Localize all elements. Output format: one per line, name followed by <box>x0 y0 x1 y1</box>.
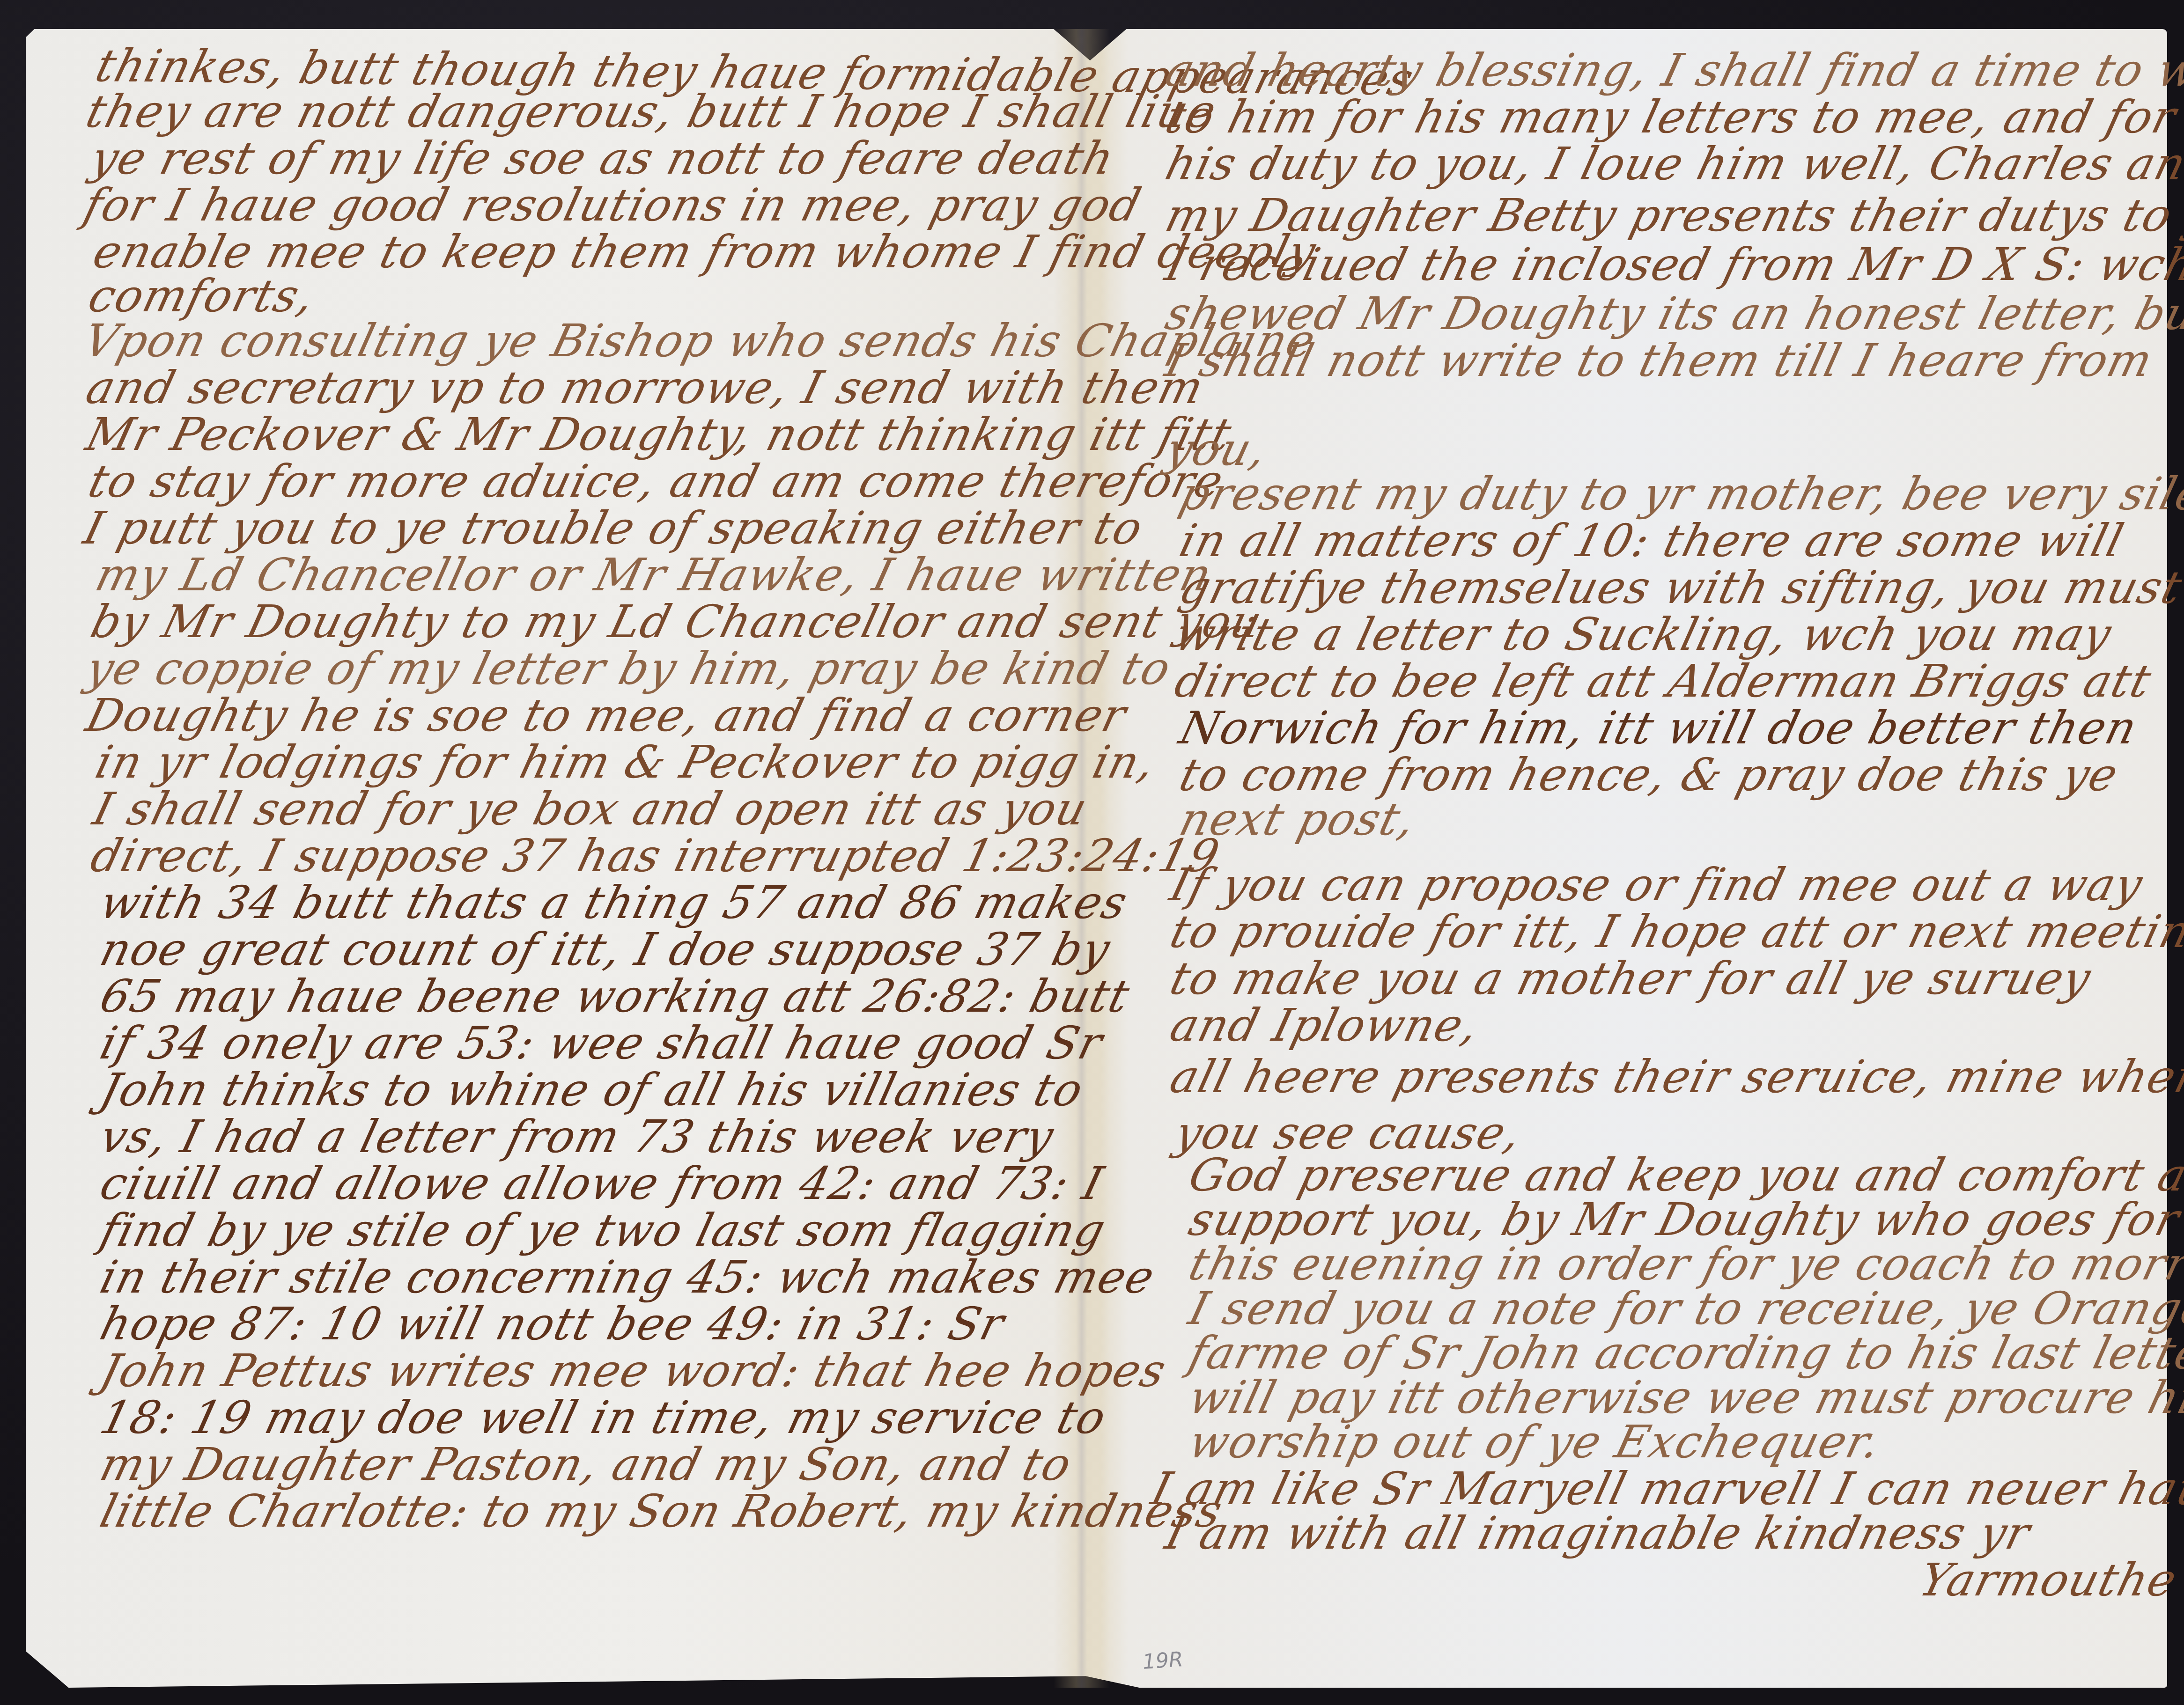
left-line-15: Doughty he is soe to mee, and find a cor… <box>82 693 1131 738</box>
left-line-9: Mr Peckover & Mr Doughty, nott thinking … <box>82 412 1236 457</box>
left-line-14: ye coppie of my letter by him, pray be k… <box>82 646 1175 691</box>
left-line-12: my Ld Chancellor or Mr Hawke, I haue wri… <box>91 552 1217 597</box>
right-line-17: If you can propose or find mee out a way <box>1166 862 2147 907</box>
left-line-3: ye rest of my life soe as nott to feare … <box>87 136 1119 181</box>
left-line-11: I putt you to ye trouble of speaking eit… <box>80 506 1148 551</box>
right-line-3: his duty to you, I loue him well, Charle… <box>1161 141 2184 186</box>
right-line-1: and hearty blessing, I shall find a time… <box>1161 48 2184 93</box>
right-line-7: I shall nott write to them till I heare … <box>1161 338 2157 383</box>
right-line-9: present my duty to yr mother, bee very s… <box>1175 471 2184 516</box>
right-line-27: farme of Sr John according to his last l… <box>1185 1330 2184 1375</box>
left-line-26: find by ye stile of ye two last som flag… <box>96 1208 1110 1253</box>
left-line-6: comforts, <box>84 273 319 318</box>
right-line-16: next post, <box>1175 797 1420 842</box>
left-line-18: direct, I suppose 37 has interrupted 1:2… <box>87 833 1224 878</box>
right-line-25: this euening in order for ye coach to mo… <box>1185 1242 2184 1286</box>
left-line-10: to stay for more aduice, and am come the… <box>84 459 1228 504</box>
right-line-10: in all matters of 10: there are some wil… <box>1175 518 2128 563</box>
right-line-18: to prouide for itt, I hope att or next m… <box>1166 909 2184 954</box>
left-line-23: John thinks to whine of all his villanie… <box>96 1067 1088 1112</box>
left-line-22: if 34 onely are 53: wee shall haue good … <box>96 1021 1107 1066</box>
right-line-12: write a letter to Suckling, wch you may <box>1171 612 2117 657</box>
left-line-13: by Mr Doughty to my Ld Chancellor and se… <box>87 599 1267 644</box>
left-line-2: they are nott dangerous, butt I hope I s… <box>82 89 1221 134</box>
left-line-16: in yr lodgings for him & Peckover to pig… <box>91 740 1160 785</box>
right-line-2: to him for his many letters to mee, and … <box>1161 95 2181 140</box>
right-line-13: direct to bee left att Alderman Briggs a… <box>1171 659 2156 704</box>
right-line-19: to make you a mother for all ye suruey <box>1166 956 2095 1001</box>
right-line-24: support you, by Mr Doughty who goes for … <box>1185 1197 2184 1242</box>
left-page: thinkes, butt though they haue formidabl… <box>26 29 1070 1688</box>
left-line-29: John Pettus writes mee word: that hee ho… <box>96 1348 1171 1393</box>
left-line-28: hope 87: 10 will nott bee 49: in 31: Sr <box>96 1301 1009 1346</box>
right-line-6: shewed Mr Doughty its an honest letter, … <box>1161 291 2184 336</box>
signature: Yarmouthe <box>1915 1558 2182 1602</box>
right-line-23: God preserue and keep you and comfort an… <box>1185 1153 2184 1198</box>
right-line-26: I send you a note for to receiue, ye Ora… <box>1185 1286 2184 1331</box>
right-line-5: I receiued the inclosed from Mr D X S: w… <box>1161 242 2184 287</box>
left-line-25: ciuill and allowe allowe from 42: and 73… <box>96 1161 1108 1206</box>
left-line-4: for I haue good resolutions in mee, pray… <box>80 183 1146 228</box>
right-line-11: gratifye themselues with sifting, you mu… <box>1175 565 2184 610</box>
right-line-15: to come from hence, & pray doe this ye <box>1175 752 2123 797</box>
right-line-29: worship out of ye Exchequer. <box>1185 1419 1885 1464</box>
left-line-21: 65 may haue beene working att 26:82: but… <box>96 974 1134 1019</box>
left-line-27: in their stile concerning 45: wch makes … <box>96 1255 1159 1300</box>
right-line-14: Norwich for him, itt will doe better the… <box>1175 706 2142 750</box>
left-line-31: my Daughter Paston, and my Son, and to <box>96 1442 1076 1487</box>
folio-number: 19R <box>1142 1647 1184 1674</box>
right-line-30: I am like Sr Maryell marvell I can neuer… <box>1147 1466 2184 1511</box>
right-line-31: I am with all imaginable kindness yr <box>1161 1511 2035 1556</box>
right-line-21: all heere presents their seruice, mine w… <box>1166 1054 2184 1099</box>
left-line-8: and secretary vp to morrowe, I send with… <box>82 365 1209 410</box>
right-line-28: will pay itt otherwise wee must procure … <box>1185 1375 2184 1420</box>
right-line-4: my Daughter Betty presents their dutys t… <box>1161 193 2184 238</box>
right-line-20: and Iplowne, <box>1166 1003 1483 1048</box>
left-line-19: with 34 butt thats a thing 57 and 86 mak… <box>96 880 1132 925</box>
right-line-8: you, <box>1161 427 1272 472</box>
left-line-17: I shall send for ye box and open itt as … <box>89 786 1092 831</box>
left-line-24: vs, I had a letter from 73 this week ver… <box>96 1114 1059 1159</box>
right-page: and hearty blessing, I shall find a time… <box>1110 29 2167 1688</box>
left-line-32: little Charlotte: to my Son Robert, my k… <box>96 1489 1227 1534</box>
left-line-20: noe great count of itt, I doe suppose 37… <box>96 927 1115 972</box>
left-line-30: 18: 19 may doe well in time, my service … <box>96 1395 1111 1440</box>
